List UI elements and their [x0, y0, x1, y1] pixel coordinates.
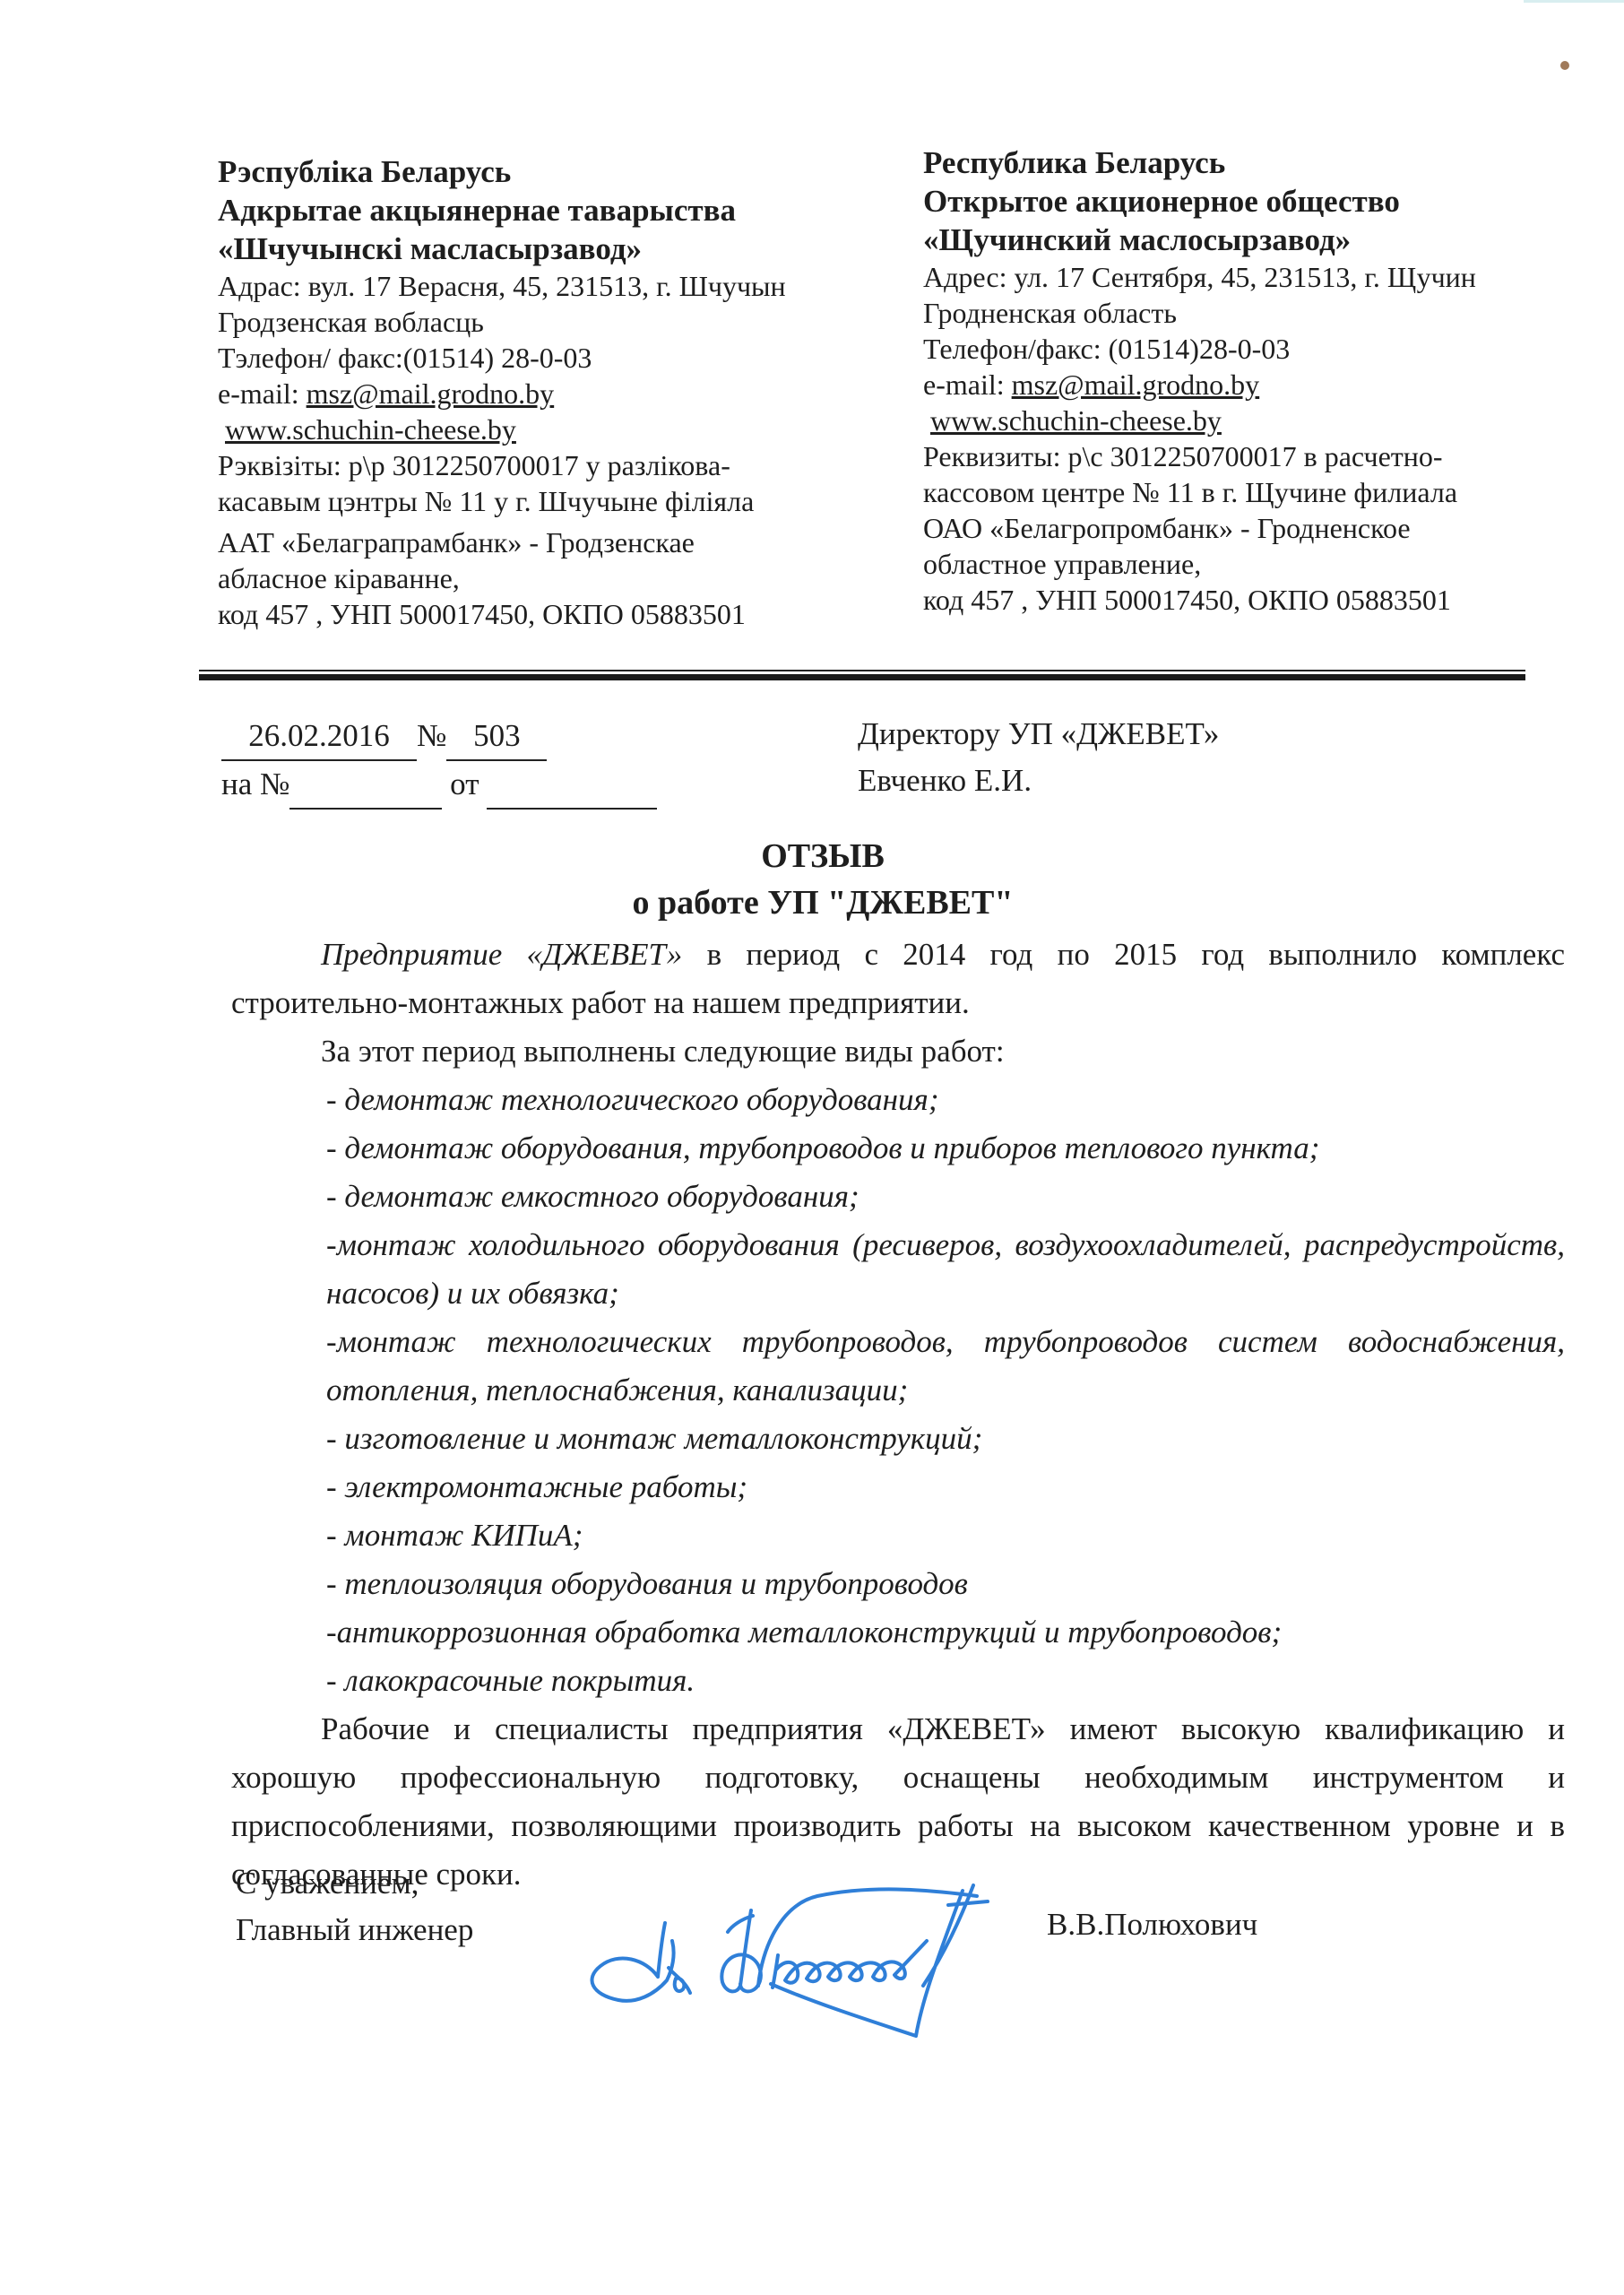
- signer-position: Главный инженер: [236, 1907, 473, 1953]
- closing-regards: С уважением,: [236, 1860, 473, 1907]
- website-link[interactable]: www.schuchin-cheese.by: [225, 413, 516, 446]
- scan-speck: [1560, 61, 1569, 70]
- org-type-be: Адкрытае акцыянернае таварыства: [218, 191, 786, 229]
- email-row-ru: e-mail: msz@mail.grodno.by: [923, 367, 1476, 403]
- email-label: e-mail:: [923, 368, 1012, 401]
- works-list-item: -антикоррозионная обработка металлоконст…: [326, 1608, 1565, 1657]
- letter-number: 503: [446, 713, 547, 761]
- closing-block: С уважением, Главный инженер: [236, 1860, 473, 1953]
- works-list-item: - теплоизоляция оборудования и трубопров…: [326, 1560, 1565, 1608]
- region-be: Гродзенская вобласць: [218, 304, 786, 340]
- addressee-position: Директору УП «ДЖЕВЕТ»: [858, 711, 1219, 758]
- requisites-ru-2: кассовом центре № 11 в г. Щучине филиала: [923, 474, 1476, 510]
- list-intro: За этот период выполнены следующие виды …: [231, 1027, 1565, 1076]
- document-title: ОТЗЫВ: [11, 836, 1624, 876]
- works-list: - демонтаж технологического оборудования…: [326, 1076, 1565, 1705]
- email-link[interactable]: msz@mail.grodno.by: [307, 377, 555, 410]
- requisites-ru-1: Реквизиты: р\с 3012250700017 в расчетно-: [923, 438, 1476, 474]
- requisites-be-3: ААТ «Белаграпрамбанк» - Гродзенскае: [218, 524, 786, 560]
- addressee-name: Евченко Е.И.: [858, 758, 1219, 804]
- number-label: №: [417, 718, 446, 753]
- document-body: Предприятие «ДЖЕВЕТ» в период с 2014 год…: [231, 931, 1565, 1899]
- requisites-be-5: код 457 , УНП 500017450, ОКПО 05883501: [218, 596, 786, 632]
- intro-company: Предприятие «ДЖЕВЕТ»: [321, 937, 682, 972]
- country-ru: Республика Беларусь: [923, 143, 1476, 182]
- requisites-be-2: касавым цэнтры № 11 у г. Шчучыне філіяла: [218, 483, 786, 519]
- document-subtitle: о работе УП "ДЖЕВЕТ": [11, 883, 1624, 922]
- outgoing-reference: 26.02.2016№503 на № от: [221, 713, 657, 810]
- email-link[interactable]: msz@mail.grodno.by: [1012, 368, 1260, 401]
- intro-paragraph: Предприятие «ДЖЕВЕТ» в период с 2014 год…: [231, 931, 1565, 1027]
- works-list-item: -монтаж технологических трубопроводов, т…: [326, 1318, 1565, 1415]
- country-be: Рэспубліка Беларусь: [218, 152, 786, 191]
- from-label: от: [450, 766, 479, 801]
- email-label: e-mail:: [218, 377, 307, 410]
- letterhead-belarusian: Рэспубліка Беларусь Адкрытае акцыянернае…: [218, 152, 786, 632]
- phone-ru: Телефон/факс: (01514)28-0-03: [923, 331, 1476, 367]
- org-type-ru: Открытое акционерное общество: [923, 182, 1476, 221]
- works-list-item: - электромонтажные работы;: [326, 1463, 1565, 1511]
- ref-date-field: [487, 761, 657, 810]
- requisites-be-4: абласное кіраванне,: [218, 560, 786, 596]
- scan-edge-artifact: [1524, 0, 1624, 3]
- requisites-be-1: Рэквізіты: р\р 3012250700017 у разлікова…: [218, 447, 786, 483]
- letter-date: 26.02.2016: [221, 713, 417, 761]
- requisites-ru-4: областное управление,: [923, 546, 1476, 582]
- ref-label: на №: [221, 766, 289, 801]
- handwritten-signature-icon: [583, 1869, 995, 2040]
- works-list-item: - демонтаж оборудования, трубопроводов и…: [326, 1124, 1565, 1173]
- letterhead-russian: Республика Беларусь Открытое акционерное…: [923, 143, 1476, 618]
- works-list-item: - демонтаж емкостного оборудования;: [326, 1173, 1565, 1221]
- address-ru: Адрес: ул. 17 Сентября, 45, 231513, г. Щ…: [923, 259, 1476, 295]
- requisites-ru-5: код 457 , УНП 500017450, ОКПО 05883501: [923, 582, 1476, 618]
- website-row-be: www.schuchin-cheese.by: [218, 411, 786, 447]
- address-be: Адрас: вул. 17 Верасня, 45, 231513, г. Ш…: [218, 268, 786, 304]
- website-link[interactable]: www.schuchin-cheese.by: [930, 404, 1222, 437]
- works-list-item: - демонтаж технологического оборудования…: [326, 1076, 1565, 1124]
- email-row-be: e-mail: msz@mail.grodno.by: [218, 376, 786, 411]
- letterhead-divider: [199, 670, 1525, 680]
- region-ru: Гродненская область: [923, 295, 1476, 331]
- works-list-item: -монтаж холодильного оборудования (ресив…: [326, 1221, 1565, 1318]
- phone-be: Тэлефон/ факс:(01514) 28-0-03: [218, 340, 786, 376]
- requisites-ru-3: ОАО «Белагропромбанк» - Гродненское: [923, 510, 1476, 546]
- addressee: Директору УП «ДЖЕВЕТ» Евченко Е.И.: [858, 711, 1219, 804]
- org-name-ru: «Щучинский маслосырзавод»: [923, 221, 1476, 259]
- website-row-ru: www.schuchin-cheese.by: [923, 403, 1476, 438]
- works-list-item: - лакокрасочные покрытия.: [326, 1657, 1565, 1705]
- signer-name: В.В.Полюхович: [1047, 1907, 1257, 1943]
- works-list-item: - изготовление и монтаж металлоконструкц…: [326, 1415, 1565, 1463]
- ref-number-field: [289, 761, 442, 810]
- org-name-be: «Шчучынскі масласырзавод»: [218, 229, 786, 268]
- works-list-item: - монтаж КИПиА;: [326, 1511, 1565, 1560]
